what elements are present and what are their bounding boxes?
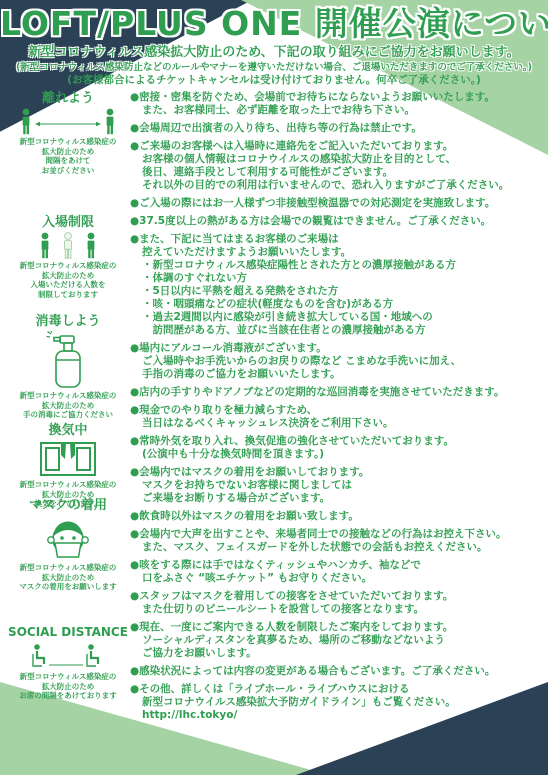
poster-body: 離れよう 新型コロナウィルス感染症の 拡大防止のため 間隔をあけて お並びくださ… (0, 87, 548, 727)
bullet-item: ●スタッフはマスクを着用しての接客をさせていただいております。 また仕切りのビニ… (130, 590, 544, 616)
bullet-item: ●37.5度以上の熱がある方は会場での観覧はできません。ご了承ください。 (130, 215, 544, 228)
section-distance: 離れよう 新型コロナウィルス感染症の 拡大防止のため 間隔をあけて お並びくださ… (6, 91, 130, 175)
bullet-item: ●咳をする際には手ではなくティッシュやハンカチ、袖などで 口をふさぐ “咳エチケ… (130, 559, 544, 585)
bullet-item: ●感染状況によっては内容の変更がある場合もございます。ご了承ください。 (130, 665, 544, 678)
bullet-item: ●その他、詳しくは「ライブホール・ライブハウスにおける 新型コロナウイルス感染拡… (130, 683, 544, 722)
row-mask: マスクの着用 新型コロナウィルス感染症の 拡大防止のため マスクの着用をお願いし… (6, 528, 544, 621)
section-social-distance-label: SOCIAL DISTANCE (6, 625, 130, 640)
poster-header: LOFT/PLUS ONE 開催公演について 新型コロナウィルス感染拡大防止のた… (0, 0, 548, 87)
section-ventilation: 換気中 新型コロナウィルス感染症の 拡大防止のため 換気をしています。 (6, 423, 130, 509)
three-people-icon (33, 232, 103, 259)
section-entry-limit-label: 入場制限 (6, 215, 130, 230)
section-distance-label: 離れよう (6, 91, 130, 106)
seated-distance-icon (25, 642, 111, 670)
covid-notice-poster: LOFT/PLUS ONE 開催公演について 新型コロナウィルス感染拡大防止のた… (0, 0, 548, 775)
bullet-item: ●店内の手すりやドアノブなどの定期的な巡回消毒を実施させていただきます。 (130, 386, 544, 399)
row-social-distance: SOCIAL DISTANCE (6, 621, 544, 727)
section-mask-label: マスクの着用 (6, 498, 130, 513)
row-distance: 離れよう 新型コロナウィルス感染症の 拡大防止のため 間隔をあけて お並びくださ… (6, 91, 544, 215)
masked-face-icon (44, 515, 92, 561)
row-disinfect: 消毒しよう 新型コロナウィルス感染症の 拡大防止のた (6, 342, 544, 435)
spray-bottle-icon (46, 331, 90, 389)
section-entry-limit-caption: 新型コロナウィルス感染症の 拡大防止のため 入場いただける人数を 制限しておりま… (6, 261, 130, 299)
section-social-distance: SOCIAL DISTANCE (6, 625, 130, 701)
bullet-item: ●会場内ではマスクの着用をお願いしております。 マスクをお持ちでないお客様に関し… (130, 466, 544, 505)
section-distance-caption: 新型コロナウィルス感染症の 拡大防止のため 間隔をあけて お並びください (6, 137, 130, 175)
open-window-icon (39, 440, 97, 478)
section-mask: マスクの着用 新型コロナウィルス感染症の 拡大防止のため マスクの着用をお願いし… (6, 498, 130, 592)
bullet-item: ●密接・密集を防ぐため、会場前でお待ちにならないようお願いいたします。 また、お… (130, 91, 544, 117)
bullet-item: ●飲食時以外はマスクの着用をお願い致します。 (130, 510, 544, 523)
section-disinfect-label: 消毒しよう (6, 314, 130, 329)
section-mask-caption: 新型コロナウィルス感染症の 拡大防止のため マスクの着用をお願いします (6, 563, 130, 592)
section-entry-limit: 入場制限 新型コロナウィルス感染症の 拡大防止のため (6, 215, 130, 299)
bullet-item: ●現在、一度にご案内できる人数を制限したご案内をしております。 ソーシャルディス… (130, 621, 544, 660)
subtitle-line2: (新型コロナウィルス感染防止などのルールやマナーを遵守いただけない場合、ご退場い… (0, 62, 548, 74)
bullet-item: ●ご入場の際にはお一人様ずつ非接触型検温器での対応測定を実施致します。 (130, 197, 544, 210)
bullet-item: ●会場内で大声を出すことや、来場者同士での接触などの行為はお控え下さい。 また、… (130, 528, 544, 554)
bullet-item: ●現金でのやり取りを極力減らすため、 当日はなるべくキャッシュレス決済をご利用下… (130, 404, 544, 430)
bullet-item: ●ご来場のお客様へは入場時に連絡先をご記入いただいております。 お客様の個人情報… (130, 140, 544, 192)
section-social-distance-caption: 新型コロナウィルス感染症の 拡大防止のため お席の間隔をあけております (6, 672, 130, 701)
subtitle-line3: (お客様都合によるチケットキャンセルは受け付けておりません。何卒ご了承ください。… (0, 74, 548, 87)
bullet-item: ●会場周辺で出演者の入り待ち、出待ち等の行為は禁止です。 (130, 122, 544, 135)
section-disinfect-caption: 新型コロナウィルス感染症の 拡大防止のため 手の消毒にご協力ください (6, 391, 130, 420)
section-ventilation-label: 換気中 (6, 423, 130, 438)
bullet-item: ●場内にアルコール消毒液がございます。 ご入場時やお手洗いからのお戻りの際など … (130, 342, 544, 381)
bullet-item: ●また、下記に当てはまるお客様のご来場は 控えていただけますようお願いいたします… (130, 233, 544, 337)
two-people-distance-icon (18, 108, 118, 135)
page-title: LOFT/PLUS ONE 開催公演について (0, 6, 548, 42)
subtitle-line1: 新型コロナウィルス感染拡大防止のため、下記の取り組みにご協力をお願いします。 (0, 45, 548, 61)
bullet-item: ●常時外気を取り入れ、換気促進の強化させていただいております。 (公演中も十分な… (130, 435, 544, 461)
section-disinfect: 消毒しよう 新型コロナウィルス感染症の 拡大防止のた (6, 314, 130, 420)
